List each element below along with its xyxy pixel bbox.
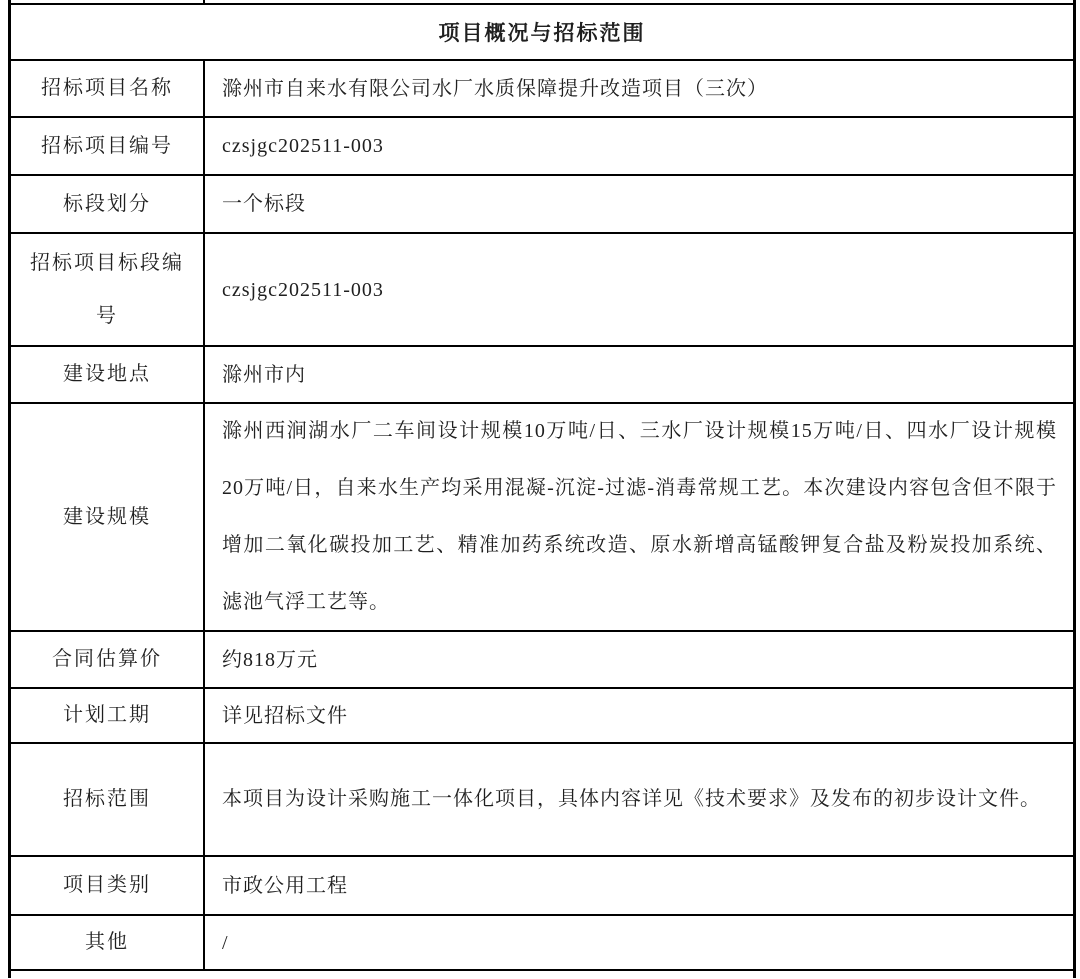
row-label: 合同估算价 (11, 632, 205, 687)
row-label: 招标范围 (11, 744, 205, 855)
row-label: 计划工期 (11, 689, 205, 742)
row-value: 一个标段 (205, 176, 1073, 232)
row-label: 招标项目编号 (11, 118, 205, 174)
row-value: 滁州西涧湖水厂二车间设计规模10万吨/日、三水厂设计规模15万吨/日、四水厂设计… (205, 404, 1073, 630)
row-label-text: 其他 (23, 916, 191, 969)
table-row: 招标项目编号 czsjgc202511-003 (11, 118, 1073, 176)
table-row-partial-bottom (11, 971, 1073, 978)
row-label-text: 招标项目标段编号 (23, 237, 191, 343)
row-value: 约818万元 (205, 632, 1073, 687)
row-value-text: 本项目为设计采购施工一体化项目，具体内容详见《技术要求》及发布的初步设计文件。 (222, 771, 1057, 828)
row-value-text: czsjgc202511-003 (222, 275, 1057, 305)
row-label-text: 建设地点 (23, 348, 191, 401)
row-value-text: czsjgc202511-003 (222, 131, 1057, 161)
row-label-text: 招标项目名称 (23, 62, 191, 115)
row-value-text: 滁州市内 (222, 360, 1057, 390)
row-value-text: 详见招标文件 (222, 701, 1057, 731)
row-value: 滁州市内 (205, 347, 1073, 402)
row-label: 项目类别 (11, 857, 205, 914)
table-row: 建设地点 滁州市内 (11, 347, 1073, 404)
project-overview-table: 项目概况与招标范围 招标项目名称 滁州市自来水有限公司水厂水质保障提升改造项目（… (8, 0, 1076, 978)
table-row: 招标范围 本项目为设计采购施工一体化项目，具体内容详见《技术要求》及发布的初步设… (11, 744, 1073, 857)
row-label: 招标项目名称 (11, 61, 205, 116)
table-row: 计划工期 详见招标文件 (11, 689, 1073, 744)
row-label: 其他 (11, 916, 205, 969)
row-value-text: 滁州市自来水有限公司水厂水质保障提升改造项目（三次） (222, 74, 1057, 104)
table-row: 招标项目名称 滁州市自来水有限公司水厂水质保障提升改造项目（三次） (11, 61, 1073, 118)
row-value-text: 市政公用工程 (222, 871, 1057, 901)
row-label-text: 合同估算价 (23, 633, 191, 686)
row-value: / (205, 916, 1073, 969)
row-label-text: 标段划分 (23, 178, 191, 231)
row-value-text: / (222, 928, 1057, 958)
table-row: 项目类别 市政公用工程 (11, 857, 1073, 916)
row-value (205, 0, 1073, 3)
row-value: czsjgc202511-003 (205, 234, 1073, 345)
row-label-text: 计划工期 (23, 689, 191, 742)
row-value: 本项目为设计采购施工一体化项目，具体内容详见《技术要求》及发布的初步设计文件。 (205, 744, 1073, 855)
row-value: 详见招标文件 (205, 689, 1073, 742)
row-label: 建设地点 (11, 347, 205, 402)
row-label-text: 建设规模 (23, 491, 191, 544)
row-value: 滁州市自来水有限公司水厂水质保障提升改造项目（三次） (205, 61, 1073, 116)
row-label (11, 0, 205, 3)
row-label-text: 招标项目编号 (23, 120, 191, 173)
bid-announcement-document: 项目概况与招标范围 招标项目名称 滁州市自来水有限公司水厂水质保障提升改造项目（… (8, 0, 1076, 978)
row-value-text: 一个标段 (222, 189, 1057, 219)
row-value-text: 约818万元 (222, 645, 1057, 675)
table-row: 标段划分 一个标段 (11, 176, 1073, 234)
row-label-text: 项目类别 (23, 859, 191, 912)
table-row: 建设规模 滁州西涧湖水厂二车间设计规模10万吨/日、三水厂设计规模15万吨/日、… (11, 404, 1073, 632)
table-row: 招标项目标段编号 czsjgc202511-003 (11, 234, 1073, 347)
table-row: 其他 / (11, 916, 1073, 971)
section-title: 项目概况与招标范围 (439, 17, 646, 47)
table-row: 合同估算价 约818万元 (11, 632, 1073, 689)
row-value: 市政公用工程 (205, 857, 1073, 914)
row-label: 建设规模 (11, 404, 205, 630)
row-value-text: 滁州西涧湖水厂二车间设计规模10万吨/日、三水厂设计规模15万吨/日、四水厂设计… (222, 404, 1057, 630)
row-label-text: 招标范围 (23, 773, 191, 826)
section-header-row: 项目概况与招标范围 (11, 5, 1073, 61)
row-label: 招标项目标段编号 (11, 234, 205, 345)
row-value: czsjgc202511-003 (205, 118, 1073, 174)
row-label: 标段划分 (11, 176, 205, 232)
